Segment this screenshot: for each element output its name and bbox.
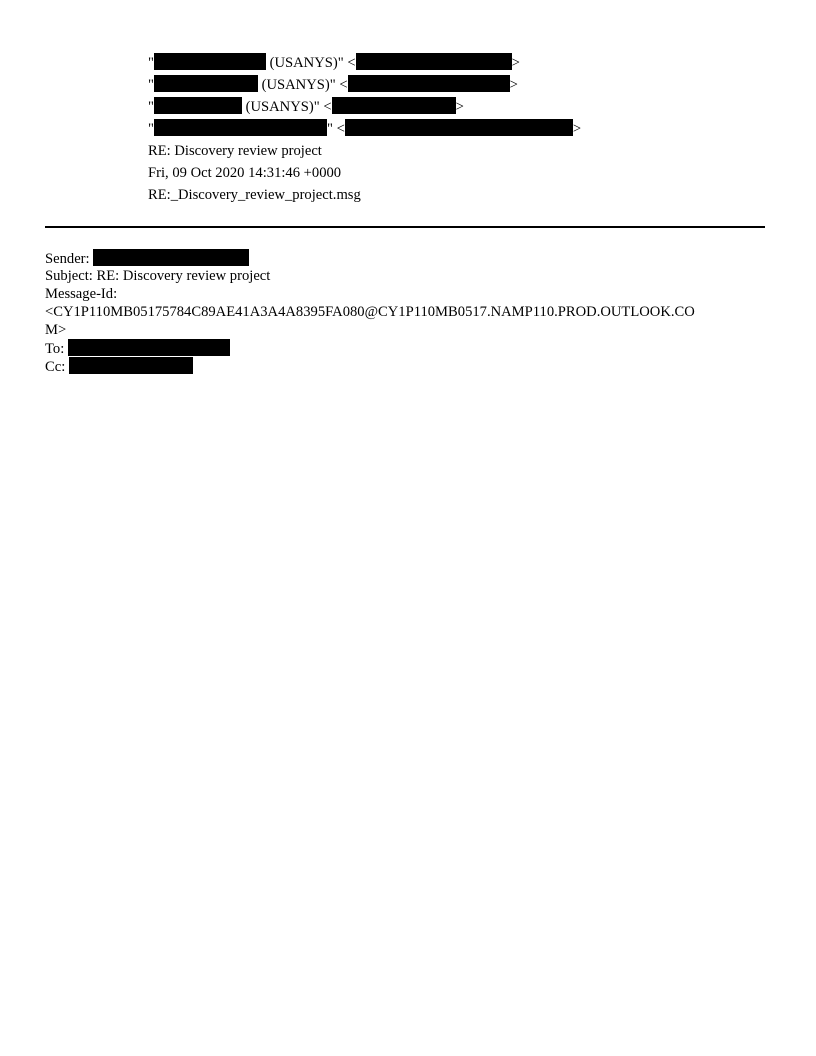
bcc-close: > bbox=[573, 121, 581, 137]
redacted-bcc-name bbox=[154, 119, 327, 136]
redacted-bcc-email bbox=[345, 119, 573, 136]
to-value: " (USANYS)" <> bbox=[148, 74, 518, 96]
from-value: " (USANYS)" <> bbox=[148, 52, 520, 74]
subject-value: RE: Discovery review project bbox=[148, 140, 322, 162]
redacted-from-email bbox=[356, 53, 512, 70]
redacted-cc-body bbox=[69, 357, 193, 374]
bcc-name-suffix: " < bbox=[327, 121, 345, 137]
from-close: > bbox=[512, 55, 520, 71]
cc-value: " (USANYS)" <> bbox=[148, 96, 464, 118]
sender-label: Sender: bbox=[45, 251, 90, 267]
redacted-to-email bbox=[348, 75, 510, 92]
body-message-id-line1: <CY1P110MB05175784C89AE41A3A4A8395FA080@… bbox=[45, 303, 695, 321]
cc-close: > bbox=[456, 99, 464, 115]
embedded-value: RE:_Discovery_review_project.msg bbox=[148, 184, 361, 206]
redacted-to-body bbox=[68, 339, 230, 356]
cc-label-body: Cc: bbox=[45, 359, 65, 375]
redacted-from-name bbox=[154, 53, 266, 70]
body-message-id-line2: M> bbox=[45, 321, 66, 339]
body-to-line: To: bbox=[45, 339, 230, 357]
redacted-cc-name bbox=[154, 97, 242, 114]
body-sender-line: Sender: bbox=[45, 249, 249, 267]
redacted-sender bbox=[93, 249, 249, 266]
body-message-id-label: Message-Id: bbox=[45, 285, 117, 303]
redacted-to-name bbox=[154, 75, 258, 92]
from-name-suffix: (USANYS)" < bbox=[266, 55, 356, 71]
to-name-suffix: (USANYS)" < bbox=[258, 77, 348, 93]
redacted-cc-email bbox=[332, 97, 456, 114]
header-divider bbox=[45, 226, 765, 228]
cc-name-suffix: (USANYS)" < bbox=[242, 99, 332, 115]
to-label-body: To: bbox=[45, 341, 64, 357]
date-value: Fri, 09 Oct 2020 14:31:46 +0000 bbox=[148, 162, 341, 184]
body-cc-line: Cc: bbox=[45, 357, 193, 375]
body-subject-line: Subject: RE: Discovery review project bbox=[45, 267, 270, 285]
bcc-value: "" <> bbox=[148, 118, 581, 140]
to-close: > bbox=[510, 77, 518, 93]
